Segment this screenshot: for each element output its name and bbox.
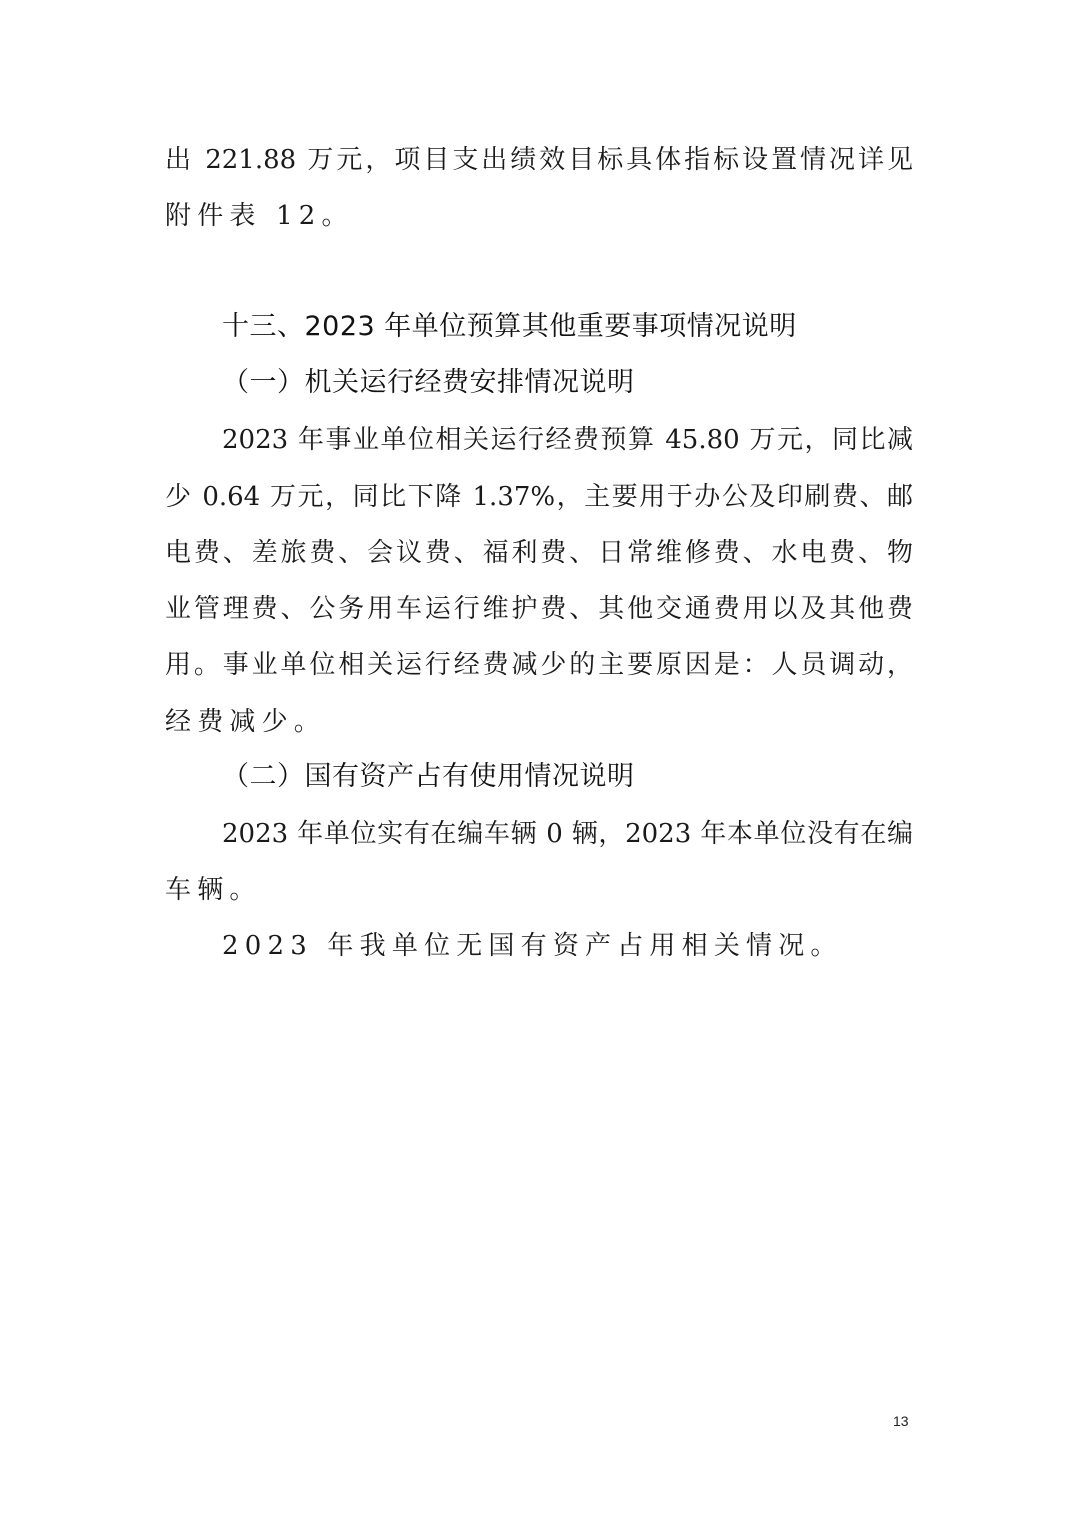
paragraph-line: 经费减少。 [165,705,913,739]
subsection-heading: （一）机关运行经费安排情况说明 [222,366,913,400]
paragraph-line: 2023 年我单位无国有资产占用相关情况。 [222,929,913,963]
paragraph-line: 电费、差旅费、会议费、福利费、日常维修费、水电费、物 [165,536,913,570]
paragraph-line: 出 221.88 万元，项目支出绩效目标具体指标设置情况详见 [165,143,913,177]
paragraph-line: 车辆。 [165,873,913,907]
paragraph-line: 2023 年单位实有在编车辆 0 辆，2023 年本单位没有在编 [222,817,913,851]
paragraph-line: 2023 年事业单位相关运行经费预算 45.80 万元，同比减 [222,423,913,457]
page-number: 13 [893,1413,909,1429]
section-heading: 十三、2023 年单位预算其他重要事项情况说明 [222,310,913,344]
paragraph-line: 用。事业单位相关运行经费减少的主要原因是：人员调动， [165,648,913,682]
paragraph-line: 少 0.64 万元，同比下降 1.37%，主要用于办公及印刷费、邮 [165,480,913,514]
paragraph-line: 附件表 12。 [165,199,913,233]
subsection-heading: （二）国有资产占有使用情况说明 [222,760,913,794]
paragraph-line: 业管理费、公务用车运行维护费、其他交通费用以及其他费 [165,592,913,626]
